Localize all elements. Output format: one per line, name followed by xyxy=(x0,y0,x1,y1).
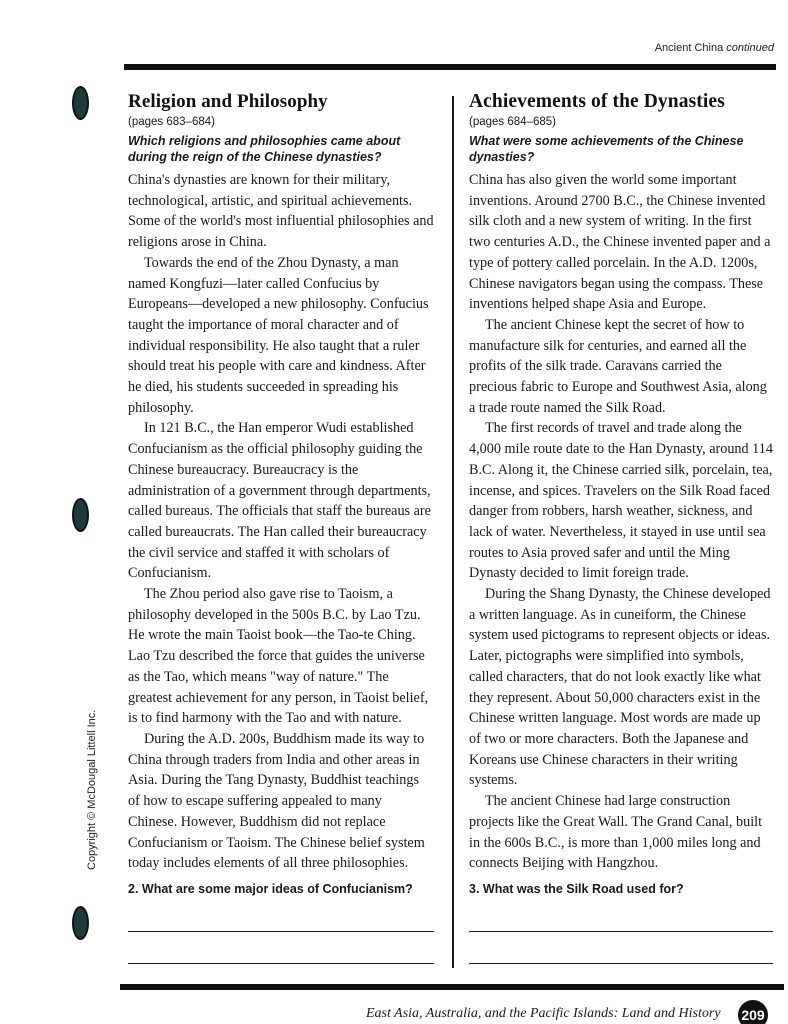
binder-hole-icon xyxy=(72,498,89,532)
review-question: 3. What was the Silk Road used for? xyxy=(469,881,773,897)
copyright-notice: Copyright © McDougal Littell Inc. xyxy=(86,710,98,870)
running-head-title: Ancient China xyxy=(655,42,724,54)
section-religion-philosophy: Religion and Philosophy (pages 683–684) … xyxy=(128,90,434,967)
paragraph: In 121 B.C., the Han emperor Wudi establ… xyxy=(128,418,434,584)
paragraph: China's dynasties are known for their mi… xyxy=(128,170,434,253)
section-title: Religion and Philosophy xyxy=(128,90,434,114)
paragraph: China has also given the world some impo… xyxy=(469,170,773,315)
page-number-badge: 209 xyxy=(738,1000,768,1024)
guiding-question: Which religions and philosophies came ab… xyxy=(128,133,434,165)
answer-line-2[interactable] xyxy=(128,963,434,964)
review-question: 2. What are some major ideas of Confucia… xyxy=(128,881,434,897)
paragraph: The ancient Chinese had large constructi… xyxy=(469,791,773,874)
paragraph: The first records of travel and trade al… xyxy=(469,418,773,584)
section-title: Achievements of the Dynasties xyxy=(469,90,773,114)
page-reference: (pages 684–685) xyxy=(469,115,773,130)
section-body: China has also given the world some impo… xyxy=(469,170,773,874)
answer-line-1[interactable] xyxy=(128,931,434,932)
page-reference: (pages 683–684) xyxy=(128,115,434,130)
section-achievements: Achievements of the Dynasties (pages 684… xyxy=(469,90,773,967)
bottom-rule-bar xyxy=(120,984,784,990)
running-head: Ancient China continued xyxy=(655,42,774,54)
binder-hole-icon xyxy=(72,906,89,940)
footer-book-title: East Asia, Australia, and the Pacific Is… xyxy=(366,1006,721,1022)
paragraph: During the Shang Dynasty, the Chinese de… xyxy=(469,584,773,791)
paragraph: The Zhou period also gave rise to Taoism… xyxy=(128,584,434,729)
top-rule-bar xyxy=(124,64,776,70)
paragraph: During the A.D. 200s, Buddhism made its … xyxy=(128,729,434,874)
binder-hole-icon xyxy=(72,86,89,120)
column-divider xyxy=(452,96,454,968)
section-body: China's dynasties are known for their mi… xyxy=(128,170,434,874)
paragraph: Towards the end of the Zhou Dynasty, a m… xyxy=(128,253,434,419)
answer-line-2[interactable] xyxy=(469,963,773,964)
answer-line-1[interactable] xyxy=(469,931,773,932)
paragraph: The ancient Chinese kept the secret of h… xyxy=(469,315,773,419)
running-head-suffix: continued xyxy=(726,42,774,54)
guiding-question: What were some achievements of the Chine… xyxy=(469,133,773,165)
